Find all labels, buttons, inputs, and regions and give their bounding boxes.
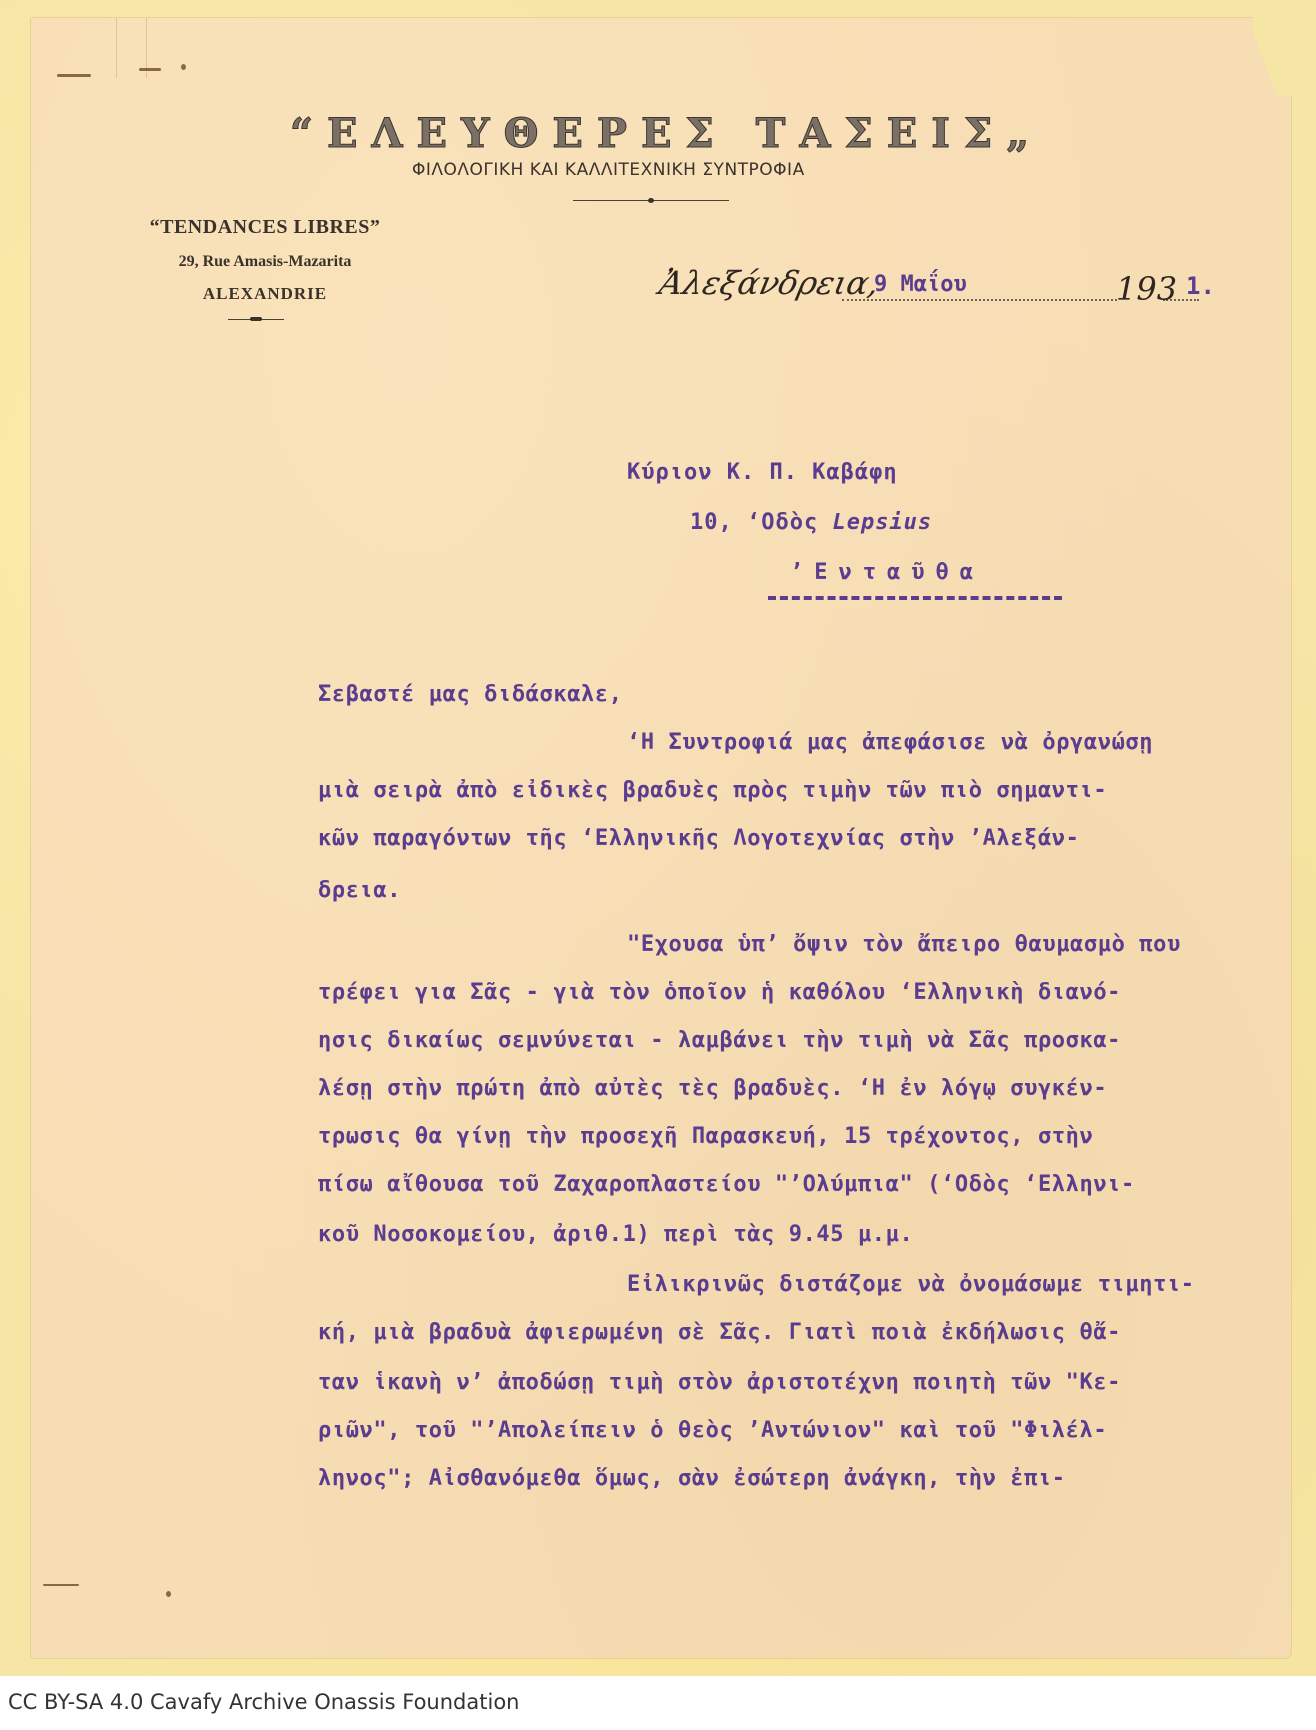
ink-spot <box>181 64 186 70</box>
license-credit: CC BY-SA 4.0 Cavafy Archive Onassis Foun… <box>8 1690 519 1714</box>
margin-mark <box>139 68 161 71</box>
letterhead-city: ALEXANDRIE <box>100 284 430 304</box>
body-line: λέσῃ στὴν πρώτη ἀπὸ αὐτὲς τὲς βραδυὲς. ‘… <box>318 1076 1107 1101</box>
body-line: τρέφει για Σᾶς - γιὰ τὸν ὁποῖον ἡ καθόλο… <box>318 980 1121 1005</box>
body-line: "Εχουσα ὑπ’ ὄψιν τὸν ἄπειρο θαυμασμὸ που <box>627 932 1181 957</box>
addressee-city: ’Ενταῦθα <box>790 560 984 585</box>
margin-mark <box>57 74 91 77</box>
date-day-month: 9 Μαΐου <box>874 272 967 297</box>
body-line: ριῶν", τοῦ "’Απολείπειν ὁ θεὸς ’Αντώνιον… <box>318 1418 1107 1443</box>
body-line: δρεια. <box>318 878 401 903</box>
body-line: ησις δικαίως σεμνύνεται - λαμβάνει τὴν τ… <box>318 1028 1121 1053</box>
body-line: πίσω αἴθουσα τοῦ Ζαχαροπλαστείου "’Ολύμπ… <box>318 1172 1135 1197</box>
date-dotted-line <box>842 299 1117 301</box>
body-line: ‘Η Συντροφιά μας ἀπεφάσισε νὰ ὀργανώσῃ <box>627 730 1153 755</box>
addressee-street: 10, ‘Οδὸς Lepsius <box>690 510 932 535</box>
letterhead-french-name: “TENDANCES LIBRES” <box>100 216 430 239</box>
letterhead-subtitle: ΦΙΛΟΛΟΓΙΚΗ ΚΑΙ ΚΑΛΛΙΤΕΧΝΙΚΗ ΣΥΝΤΡΟΦΙΑ <box>412 160 912 180</box>
body-line: κῶν παραγόντων τῆς ‘Ελληνικῆς Λογοτεχνία… <box>318 826 1079 851</box>
salutation: Σεβαστέ μας διδάσκαλε, <box>318 682 623 707</box>
addressee-underline <box>768 596 1062 600</box>
body-line: ταν ἱκανὴ ν’ ἀποδώσῃ τιμὴ στὸν ἀριστοτέχ… <box>318 1370 1121 1395</box>
ink-spot <box>166 1591 171 1597</box>
body-line: ληνος"; Αἰσθανόμεθα ὅμως, σὰν ἐσώτερη ἀν… <box>318 1466 1066 1491</box>
addressee-name: Κύριον Κ. Π. Καβάφη <box>627 460 898 485</box>
divider-ornament-icon <box>250 317 262 321</box>
body-line: Εἰλικρινῶς διστάζομε νὰ ὀνομάσωμε τιμητι… <box>627 1272 1195 1297</box>
body-line: κοῦ Νοσοκομείου, ἀριθ.1) περὶ τὰς 9.45 μ… <box>318 1222 913 1247</box>
street-name: Lepsius <box>832 510 932 535</box>
date-year-typed: 1. <box>1186 272 1215 300</box>
body-line: κή, μιὰ βραδυὰ ἀφιερωμένη σὲ Σᾶς. Γιατὶ … <box>318 1320 1121 1345</box>
body-line: τρωσις θα γίνῃ τὴν προσεχῆ Παρασκευή, 15… <box>318 1124 1093 1149</box>
divider-ornament-icon <box>648 198 654 203</box>
street-prefix: 10, ‘Οδὸς <box>690 510 832 535</box>
paper-crease <box>116 18 117 78</box>
letterhead-title: “ΕΛΕΥΘΕΡΕΣ ΤΑΣΕΙΣ„ <box>290 110 1040 157</box>
date-place: Ἀλεξάνδρεια, <box>656 264 883 302</box>
margin-mark <box>43 1584 79 1586</box>
body-line: μιὰ σειρὰ ἀπὸ εἰδικὲς βραδυὲς πρὸς τιμὴν… <box>318 778 1107 803</box>
folded-corner <box>1253 16 1293 96</box>
date-year-printed: 193 <box>1116 270 1177 308</box>
letterhead-address: 29, Rue Amasis-Mazarita <box>100 253 430 271</box>
